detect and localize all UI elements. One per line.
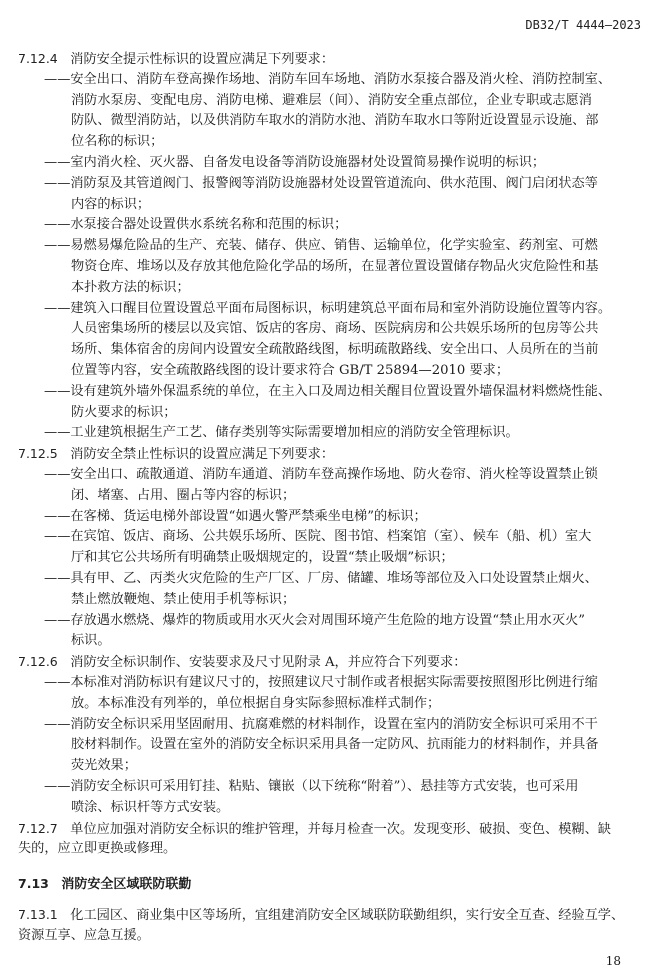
list-item-continuation: 防火要求的标识； [71,405,177,421]
list-item-continuation: 人员密集场所的楼层以及宾馆、饭店的客房、商场、医院病房和公共娱乐场所的包房等公共 [71,321,599,337]
list-item: ——消防安全标识采用坚固耐用、抗腐难燃的材料制作，设置在室内的消防安全标识可采用… [44,717,598,733]
clause-text: 消防安全标识制作、安装要求及尺寸见附录 A，并应符合下列要求： [70,655,466,670]
clause-number: 7.12.6 [18,654,70,669]
clause-paragraph-continuation: 资源互享、应急互援。 [18,928,150,944]
clause-number: 7.12.7 [18,821,70,836]
list-item-continuation: 放。本标准没有列举的，单位根据自身实际参照标准样式制作； [71,696,440,712]
clause-number: 7.12.5 [18,446,70,461]
list-item-continuation: 防队、微型消防站，以及供消防车取水的消防水池、消防车取水口等附近设置显示设施、部 [71,113,599,129]
clause-paragraph: 7.13.1 化工园区、商业集中区等场所，宜组建消防安全区域联防联勤组织，实行安… [18,907,624,924]
list-item: ——消防安全标识可采用钉挂、粘贴、镶嵌（以下统称“附着”）、悬挂等方式安装，也可… [44,779,578,795]
clause-text: 消防安全禁止性标识的设置应满足下列要求： [70,447,334,462]
list-item-continuation: 内容的标识； [71,197,150,213]
list-item: ——水泵接合器处设置供水系统名称和范围的标识； [44,217,347,233]
list-item-continuation: 禁止燃放鞭炮、禁止使用手机等标识； [71,592,295,608]
list-item: ——本标准对消防标识有建议尺寸的，按照建议尺寸制作或者根据实际需要按照图形比例进… [44,675,598,691]
list-item-continuation: 厅和其它公共场所有明确禁止吸烟规定的，设置“禁止吸烟”标识； [71,550,454,566]
list-item-continuation: 消防水泵房、变配电房、消防电梯、避难层（间）、消防安全重点部位，企业专职或志愿消 [71,93,592,109]
clause-number: 7.13 [18,876,61,891]
list-item-continuation: 标识。 [71,633,111,649]
list-item: ——安全出口、消防车登高操作场地、消防车回车场地、消防水泵接合器及消火栓、消防控… [44,72,611,88]
list-item: ——存放遇水燃烧、爆炸的物质或用水灭火会对周围环境产生危险的地方设置“禁止用水灭… [44,613,585,629]
list-item: ——具有甲、乙、丙类火灾危险的生产厂区、厂房、储罐、堆场等部位及入口处设置禁止烟… [44,571,598,587]
clause-text: 化工园区、商业集中区等场所，宜组建消防安全区域联防联勤组织，实行安全互查、经验互… [70,908,624,923]
list-item: ——建筑入口醒目位置设置总平面布局图标识，标明建筑总平面布局和室外消防设施位置等… [44,301,611,317]
list-item-continuation: 位置等内容，安全疏散路线图的设计要求符合 GB/T 25894—2010 要求； [71,363,509,379]
list-item-continuation: 胶材料制作。设置在室外的消防安全标识采用具备一定防风、抗雨能力的材料制作，并具备 [71,737,599,753]
list-item-continuation: 场所、集体宿舍的房间内设置安全疏散路线图，标明疏散路线、安全出口、人员所在的当前 [71,342,599,358]
list-item-continuation: 物资仓库、堆场以及存放其他危险化学品的场所，在显著位置设置储存物品火灾危险性和基 [71,259,599,275]
list-item: ——易燃易爆危险品的生产、充装、储存、供应、销售、运输单位，化学实验室、药剂室、… [44,238,598,254]
section-heading: 7.13 消防安全区域联防联勤 [18,876,191,893]
document-id-header: DB32/T 4444—2023 [525,18,641,32]
list-item: ——在客梯、货运电梯外部设置“如遇火警严禁乘坐电梯”的标识； [44,509,427,525]
list-item: ——安全出口、疏散通道、消防车通道、消防车登高操作场地、防火卷帘、消火栓等设置禁… [44,467,598,483]
clause-number: 7.13.1 [18,907,70,922]
clause-paragraph: 7.12.7 单位应加强对消防安全标识的维护管理，并每月检查一次。发现变形、破损… [18,821,611,838]
list-item-continuation: 位名称的标识； [71,134,163,150]
clause-heading: 7.12.5 消防安全禁止性标识的设置应满足下列要求： [18,446,334,463]
list-item: ——在宾馆、饭店、商场、公共娱乐场所、医院、图书馆、档案馆（室）、候车（船、机）… [44,529,591,545]
list-item: ——设有建筑外墙外保温系统的单位，在主入口及周边相关醒目位置设置外墙保温材料燃烧… [44,384,611,400]
list-item: ——消防泵及其管道阀门、报警阀等消防设施器材处设置管道流向、供水范围、阀门启闭状… [44,176,598,192]
list-item-continuation: 本扑救方法的标识； [71,280,190,296]
clause-number: 7.12.4 [18,51,70,66]
list-item-continuation: 闭、堵塞、占用、圈占等内容的标识； [71,488,295,504]
clause-text: 消防安全区域联防联勤 [61,877,191,892]
list-item: ——工业建筑根据生产工艺、储存类别等实际需要增加相应的消防安全管理标识。 [44,425,519,441]
page-number: 18 [606,954,621,968]
clause-paragraph-continuation: 失的，应立即更换或修理。 [18,841,176,857]
clause-text: 单位应加强对消防安全标识的维护管理，并每月检查一次。发现变形、破损、变色、模糊、… [70,822,611,837]
list-item-continuation: 喷涂、标识杆等方式安装。 [71,800,229,816]
list-item-continuation: 荧光效果； [71,758,137,774]
list-item: ——室内消火栓、灭火器、自备发电设备等消防设施器材处设置简易操作说明的标识； [44,155,545,171]
clause-heading: 7.12.4 消防安全提示性标识的设置应满足下列要求： [18,51,334,68]
clause-heading: 7.12.6 消防安全标识制作、安装要求及尺寸见附录 A，并应符合下列要求： [18,654,466,671]
clause-text: 消防安全提示性标识的设置应满足下列要求： [70,52,334,67]
